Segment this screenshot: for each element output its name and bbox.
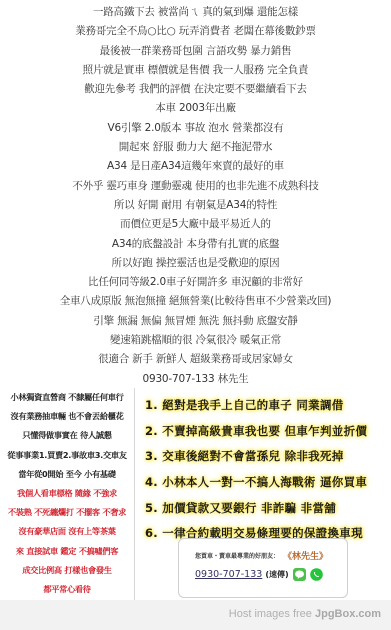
description-line: 全車八成原版 無泡無撞 絕無營業(比較待售車不少營業改回) [0, 292, 391, 311]
description-line: 本車 2003年出廠 [0, 99, 391, 118]
description-line: 0930-707-133 林先生 [0, 370, 391, 389]
description-line: 所以 好開 耐用 有朝氣是A34的特性 [0, 196, 391, 215]
sidebar-line: 來 直接試車 鑑定 不搞噓們客 [0, 542, 134, 561]
promise-item: 2. 不賣掉高級貴車我也要 但車乍判並折價 [145, 419, 391, 445]
sidebar-line: 只懂得做事實在 待人誠懇 [0, 426, 134, 445]
description-line: A34 是日產A34這幾年來賣的最好的車 [0, 157, 391, 176]
sidebar-line: 成交比例高 打樣也會發生 [0, 561, 134, 580]
description-line: 所以好跑 操控靈活也是受歡迎的原因 [0, 254, 391, 273]
sidebar-line: 我個人看車標格 隨緣 不強求 [0, 484, 134, 503]
car-description: 一路高鐵下去 被當尚ㄟ 真的氣到爆 還能怎樣業務哥完全不鳥○比○ 玩弄消費者 老… [0, 3, 391, 389]
description-line: 不外乎 靈巧車身 運動靈魂 使用的也非先進不成熟科技 [0, 177, 391, 196]
promise-item: 3. 交車後絕對不會當孫兒 除非我死掉 [145, 444, 391, 470]
whatsapp-icon[interactable] [310, 568, 323, 581]
sidebar-line: 沒有業務抽車輛 也不會丟給櫃花 [0, 407, 134, 426]
sidebar-line: 從事事業1.買賣2.事故車3.交車友 [0, 446, 134, 465]
sidebar-line: 當年從0開始 至今 小有基礎 [0, 465, 134, 484]
description-line: 照片就是實車 標價就是售價 我一人服務 完全負責 [0, 61, 391, 80]
contact-name: 《林先生》 [283, 549, 328, 562]
description-line: A34的底盤設計 本身帶有扎實的底盤 [0, 235, 391, 254]
line-app-icon[interactable] [293, 568, 306, 581]
host-footer: Host images free JpgBox.com [0, 600, 391, 630]
description-line: 很適合 新手 新鮮人 超級業務哥或居家婦女 [0, 350, 391, 369]
sidebar-line: 小林獨資直營商 不隸屬任何車行 [0, 388, 134, 407]
description-line: 比任何同等級2.0車子好開許多 車況顧的非常好 [0, 273, 391, 292]
contact-phone-link[interactable]: 0930-707-133 [195, 569, 262, 580]
description-line: 而價位更是5大廠中最平易近人的 [0, 215, 391, 234]
contact-label: 您買車・賣車最專業的好朋友： [195, 551, 279, 560]
promise-item: 5. 加價貸款又要銀行 非詐騙 非當舖 [145, 496, 391, 522]
sidebar-line: 沒有豪華店面 沒有上等茶葉 [0, 522, 134, 541]
description-line: 開起來 舒服 動力大 絕不拖泥帶水 [0, 138, 391, 157]
promise-item: 1. 絕對是我手上自己的車子 同業調借 [145, 393, 391, 419]
contact-card: 您買車・賣車最專業的好朋友： 《林先生》 0930-707-133 (速傳) [178, 538, 348, 598]
sidebar-line: 不裝熟 不死纏爛打 不擺客 不奢求 [0, 503, 134, 522]
description-line: 業務哥完全不鳥○比○ 玩弄消費者 老闆在幕後數鈔票 [0, 22, 391, 41]
promise-item: 4. 小林本人一對一不搞人海戰術 逼你買車 [145, 470, 391, 496]
description-line: V6引擎 2.0版本 事故 泡水 營業都沒有 [0, 119, 391, 138]
description-line: 變速箱跳檔順的很 冷氣很冷 暖氣正常 [0, 331, 391, 350]
seller-intro-sidebar: 小林獨資直營商 不隸屬任何車行沒有業務抽車輛 也不會丟給櫃花只懂得做事實在 待人… [0, 388, 135, 600]
description-line: 歡迎先參考 我們的評價 在決定要不要繼續看下去 [0, 80, 391, 99]
footer-text: Host images free [229, 608, 312, 620]
description-line: 一路高鐵下去 被當尚ㄟ 真的氣到爆 還能怎樣 [0, 3, 391, 22]
contact-note: (速傳) [265, 569, 288, 580]
description-line: 引擎 無漏 無偏 無冒煙 無洗 無抖動 底盤安靜 [0, 312, 391, 331]
description-line: 最後被一群業務哥包圍 言語攻勢 暴力銷售 [0, 42, 391, 61]
seller-promises: 1. 絕對是我手上自己的車子 同業調借2. 不賣掉高級貴車我也要 但車乍判並折價… [145, 393, 391, 547]
sidebar-line: 都平常心看待 [0, 580, 134, 599]
footer-brand-link[interactable]: JpgBox.com [315, 608, 381, 620]
